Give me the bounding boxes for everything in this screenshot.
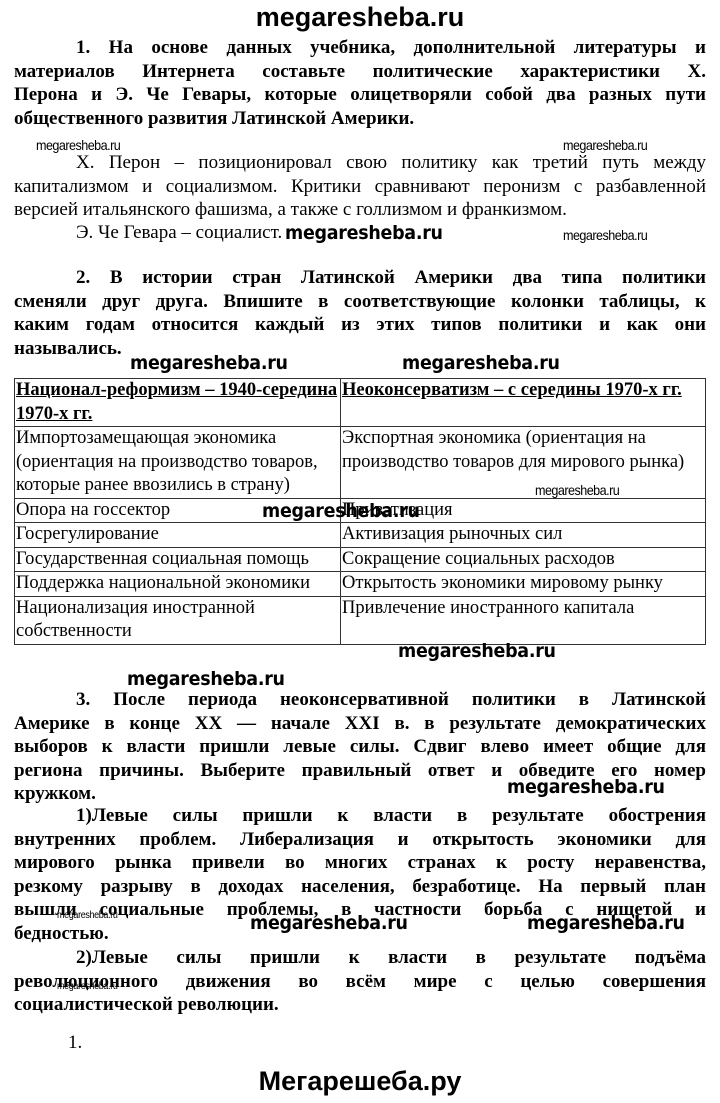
cell-national-reformism: Госрегулирование [15, 523, 341, 548]
task3-question-line: выборов к власти пришли левые силы. Сдви… [14, 735, 706, 759]
watermark: megaresheba.ru [130, 352, 288, 374]
watermark: megaresheba.ru [57, 910, 118, 921]
cell-neoconservatism: Активизация рыночных сил [341, 523, 706, 548]
table-row: Национализация иностранной собственности… [15, 596, 706, 644]
task3-question-line: Америке в конце XX — начале XXI в. в рез… [14, 712, 706, 736]
task1-answer-line: Х. Перон – позиционировал свою политику … [14, 151, 706, 175]
option1-line: резкому разрыву в доходах населения, без… [14, 875, 706, 899]
cell-national-reformism: Поддержка национальной экономики [15, 572, 341, 597]
task2-question-line: каким годам относится каждый из этих тип… [14, 313, 706, 337]
task3-question-line: 3. После периода неоконсервативной полит… [14, 688, 706, 712]
task1-question-line: 1. На основе данных учебника, дополнител… [14, 36, 706, 60]
watermark: megaresheba.ru [402, 352, 560, 374]
task1-answer: Х. Перон – позиционировал свою политику … [14, 151, 706, 222]
table-row: Государственная социальная помощьСокраще… [15, 547, 706, 572]
task1-question-line: общественного развития Латинской Америки… [14, 107, 706, 131]
watermark: megaresheba.ru [262, 500, 420, 522]
cell-national-reformism: Импортозамещающая экономика (ориентация … [15, 427, 341, 499]
task3-option-2: 2)Левые силы пришли к власти в результат… [14, 946, 706, 1017]
header-national-reformism: Национал-реформизм – 1940-середина 1970-… [15, 379, 341, 427]
watermark: megaresheba.ru [563, 227, 647, 243]
watermark: megaresheba.ru [507, 776, 665, 798]
task2-question: 2. В истории стран Латинской Америки два… [14, 266, 706, 360]
watermark: megaresheba.ru [250, 912, 408, 934]
option1-line: 1)Левые силы пришли к власти в результат… [14, 804, 706, 828]
task1-question: 1. На основе данных учебника, дополнител… [14, 36, 706, 130]
task3-answer: 1. [68, 1032, 82, 1054]
option2-line: социалистической революции. [14, 993, 706, 1017]
option1-line: мирового рынка привели во многих странах… [14, 851, 706, 875]
task1-answer-che: Э. Че Гевара – социалист. [76, 222, 282, 244]
watermark: megaresheba.ru [535, 482, 619, 498]
cell-neoconservatism: Сокращение социальных расходов [341, 547, 706, 572]
watermark: megaresheba.ru [527, 912, 685, 934]
watermark: megaresheba.ru [57, 981, 118, 992]
table-row: ГосрегулированиеАктивизация рыночных сил [15, 523, 706, 548]
cell-national-reformism: Государственная социальная помощь [15, 547, 341, 572]
cell-neoconservatism: Привлечение иностранного капитала [341, 596, 706, 644]
task2-question-line: сменяли друг друга. Впишите в соответств… [14, 290, 706, 314]
task1-question-line: Перона и Э. Че Гевары, которые олицетвор… [14, 83, 706, 107]
option2-line: 2)Левые силы пришли к власти в результат… [14, 946, 706, 970]
task2-question-line: 2. В истории стран Латинской Америки два… [14, 266, 706, 290]
watermark: megaresheba.ru [127, 668, 285, 690]
option1-line: внутренних проблем. Либерализация и откр… [14, 828, 706, 852]
watermark: megaresheba.ru [285, 222, 443, 244]
task2-question-line: назывались. [14, 337, 706, 361]
watermark: megaresheba.ru [398, 640, 556, 662]
task1-question-line: материалов Интернета составьте политичес… [14, 60, 706, 84]
task1-answer-line: версией итальянского фашизма, а также с … [14, 198, 706, 222]
option2-line: революционного движения во всём мире с ц… [14, 970, 706, 994]
footer-site-title: Мегарешеба.ру [0, 1066, 720, 1097]
task1-answer-line: капитализмом и социализмом. Критики срав… [14, 175, 706, 199]
site-title: megaresheba.ru [0, 2, 720, 33]
cell-neoconservatism: Открытость экономики мировому рынку [341, 572, 706, 597]
header-neoconservatism: Неоконсерватизм – с середины 1970-х гг. [341, 379, 706, 427]
table-header-row: Национал-реформизм – 1940-середина 1970-… [15, 379, 706, 427]
table-row: Поддержка национальной экономикиОткрытос… [15, 572, 706, 597]
cell-national-reformism: Национализация иностранной собственности [15, 596, 341, 644]
cell-neoconservatism: Экспортная экономика (ориентация на прои… [341, 427, 706, 499]
